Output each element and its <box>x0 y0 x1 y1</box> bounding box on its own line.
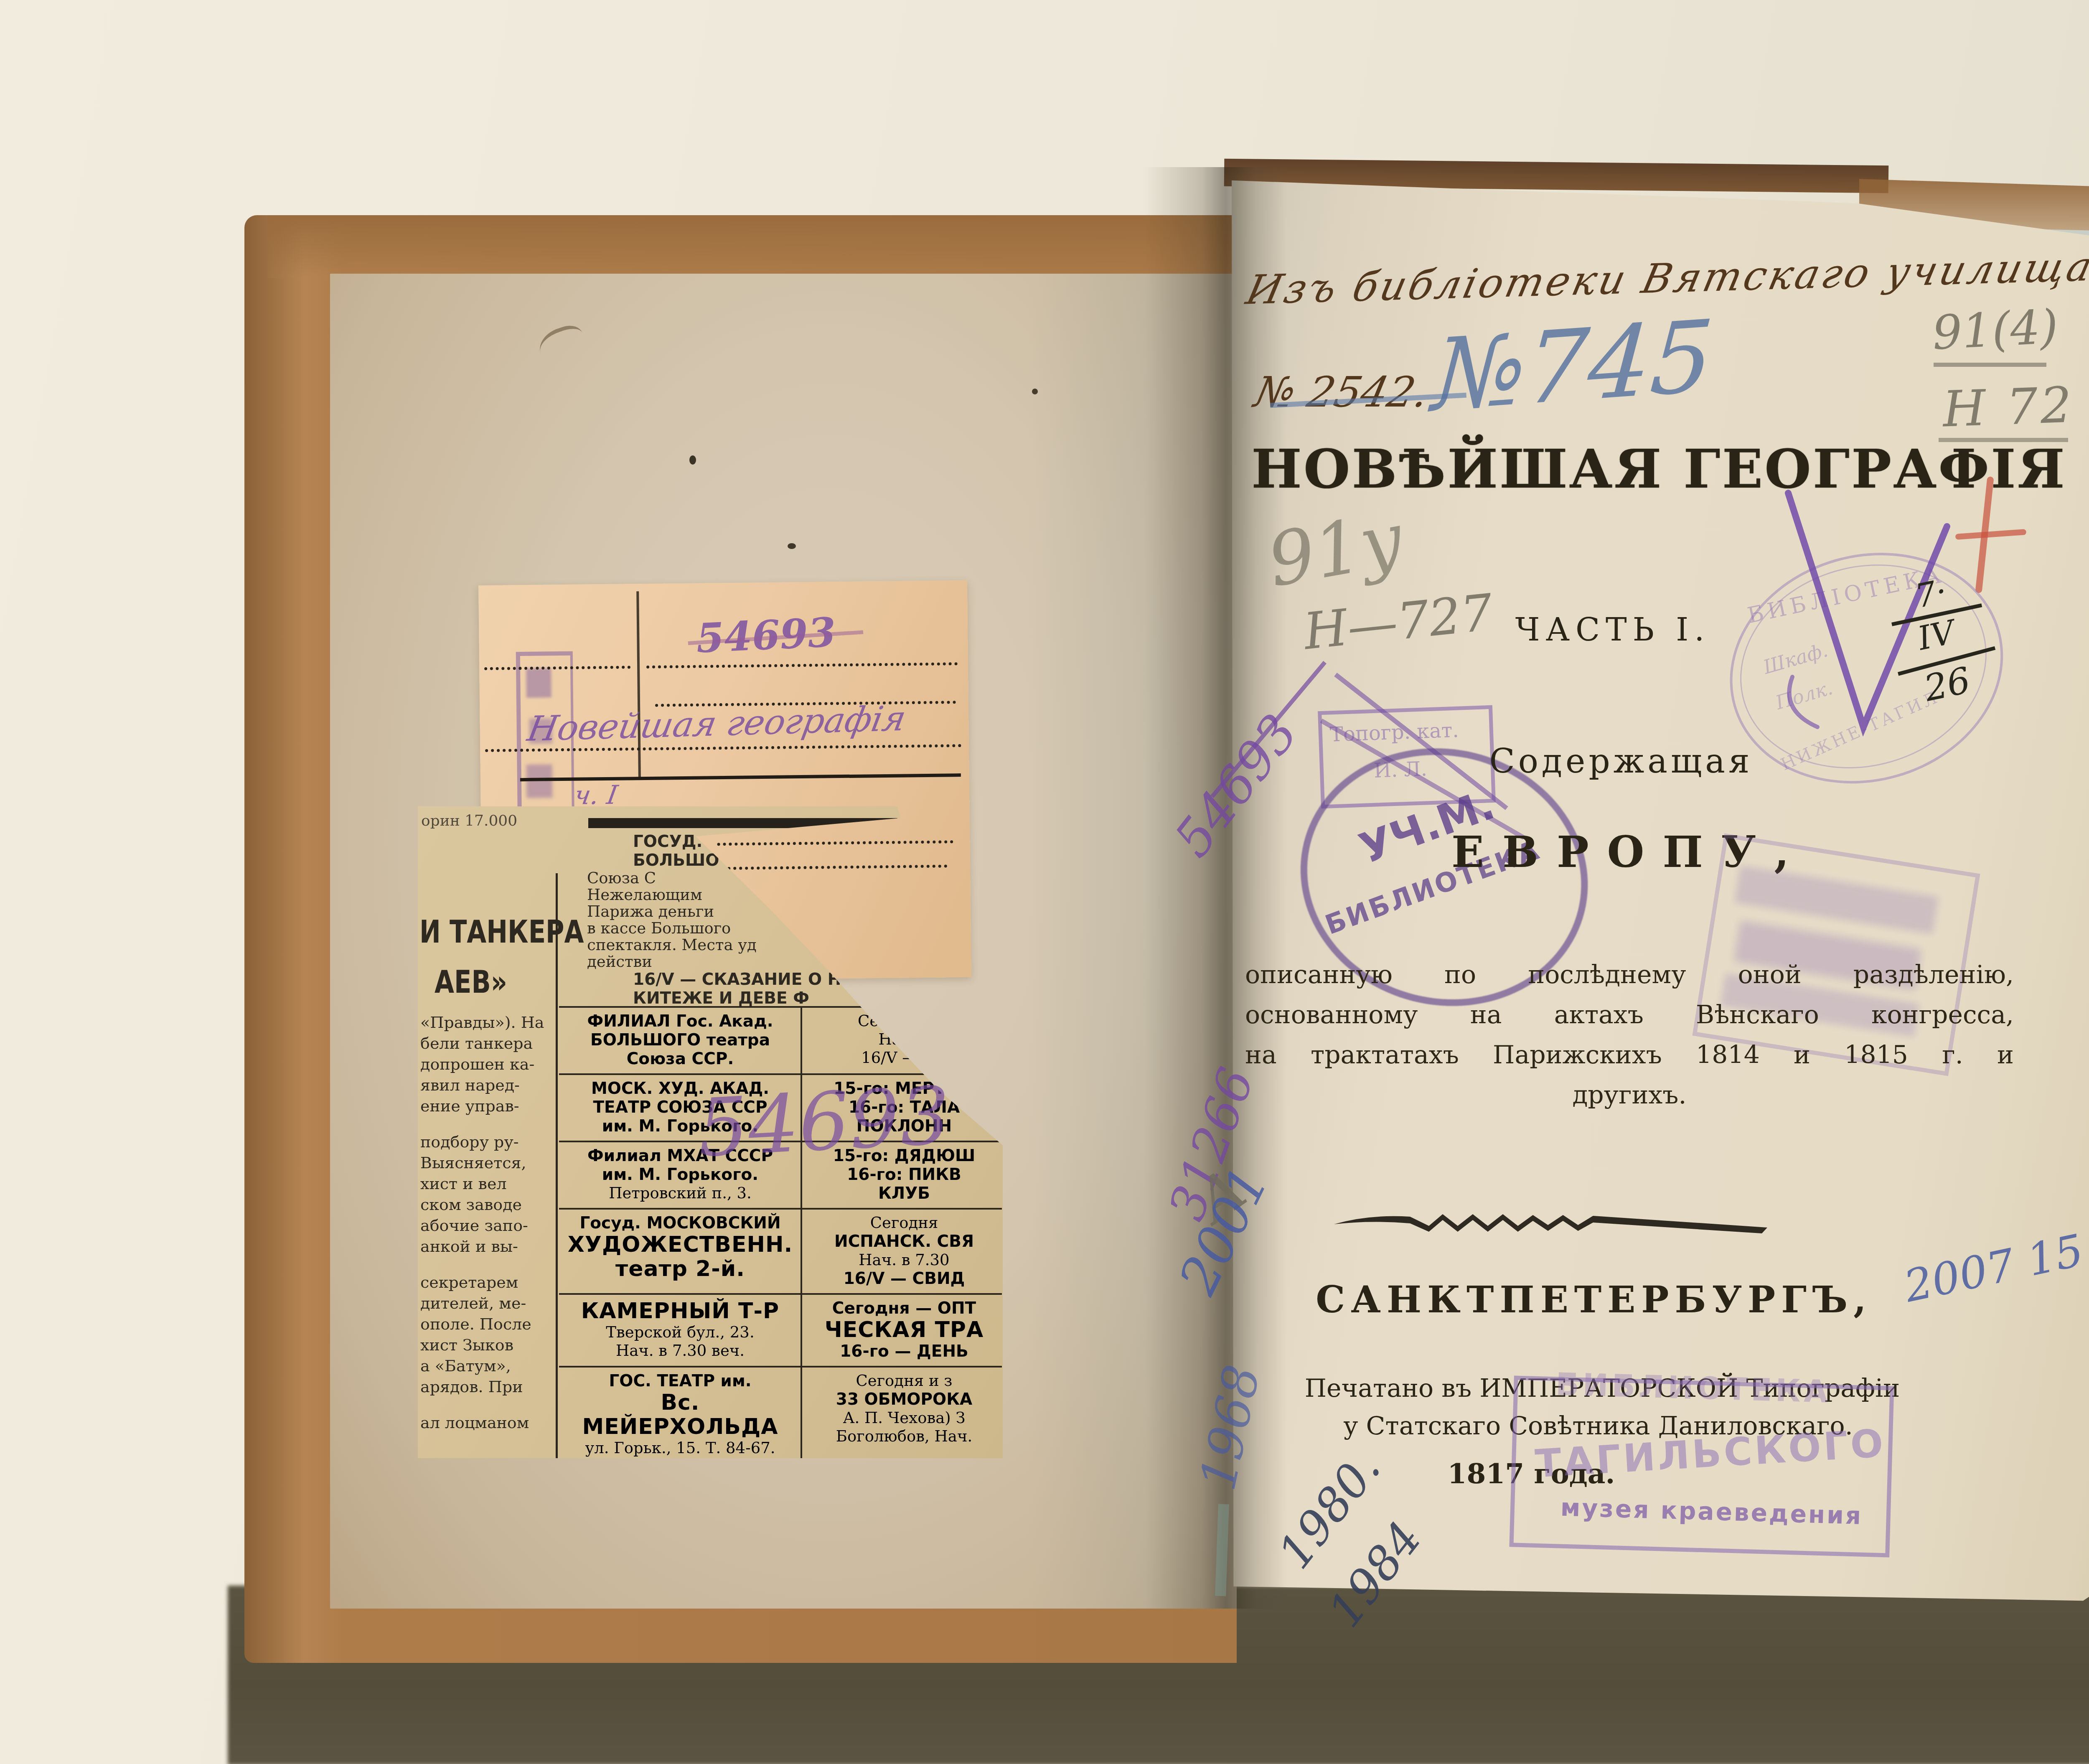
schedule-line: А. П. Чехова) З <box>808 1409 1000 1427</box>
theater-name-line: ул. Горьк., 15. Т. 84-67. <box>563 1439 797 1457</box>
schedule-line: 33 ОБМОРОКА <box>808 1390 1000 1409</box>
slip-dotted-line <box>717 840 953 846</box>
article-line: а «Батум», <box>420 1355 553 1376</box>
clipping-headline-line1: И ТАНКЕРА <box>419 914 584 950</box>
photograph-of-open-book: 54693 Новейшая географія ч. I орин 17.00… <box>0 0 2089 1764</box>
schedule-line: Сегодня и з <box>808 1372 1000 1390</box>
schedule-line: 16-го: ПИКВ <box>808 1165 1000 1184</box>
article-line: хист и вел <box>420 1173 553 1194</box>
left-cover-top-edge <box>267 215 1237 278</box>
clipping-overwritten-number: 54693 <box>696 1069 953 1174</box>
schedule-line: Сегодня — ОПТ <box>808 1299 1000 1318</box>
slip-part-note: ч. I <box>572 780 620 811</box>
paper-speck <box>788 543 796 549</box>
schedule-line: ЧЕСКАЯ ТРА <box>808 1318 1000 1342</box>
clipping-article-column: «Правды»). Набели танкерадопрошен ка-яви… <box>420 1012 553 1455</box>
schedule-line: 16-го — ДЕНЬ <box>808 1342 1000 1361</box>
paper-speck <box>1032 389 1038 394</box>
theater-name-line: ФИЛИАЛ Гос. Акад. <box>563 1012 797 1031</box>
article-line: Выясняется, <box>420 1152 553 1173</box>
theater-name-line: Петровский п., 3. <box>563 1184 797 1202</box>
slip-handwritten-title: Новейшая географія <box>524 699 909 749</box>
paper-speck <box>689 455 696 465</box>
slip-dotted-line <box>722 864 947 870</box>
listing-row: ГОС. ТЕАТР им.Вс. МЕЙЕРХОЛЬДАул. Горьк.,… <box>559 1366 1002 1458</box>
pastedown-gutter-tint <box>1028 274 1237 1609</box>
theater-name-line: Госуд. МОСКОВСКИЙ <box>563 1214 797 1233</box>
theater-name-line: театр 2-й. <box>563 1257 797 1281</box>
theater-name-line: Нач. в 7.30 веч. <box>563 1342 797 1360</box>
theater-name-line: Вс. МЕЙЕРХОЛЬДА <box>563 1390 797 1439</box>
article-line: дителей, ме- <box>420 1293 553 1314</box>
theater-name-line: ХУДОЖЕСТВЕНН. <box>563 1233 797 1257</box>
article-line: ском заводе <box>420 1194 553 1215</box>
article-line: арядов. При <box>420 1376 553 1397</box>
theater-name-line: БОЛЬШОГО театра <box>563 1031 797 1050</box>
theater-name-line: КАМЕРНЫЙ Т-Р <box>563 1299 797 1323</box>
schedule-line: Боголюбов, Нач. <box>808 1427 1000 1446</box>
theater-name-line: Тверской бул., 23. <box>563 1323 797 1342</box>
theater-name-line: ГОС. ТЕАТР им. <box>563 1372 797 1390</box>
article-line: секретарем <box>420 1272 553 1293</box>
article-line: ение управ- <box>420 1096 553 1116</box>
article-line: явил наред- <box>420 1075 553 1096</box>
clipping-fragment-text: орин 17.000 <box>421 812 517 829</box>
article-line: допрошен ка- <box>420 1054 553 1075</box>
article-line: ополе. После <box>420 1314 553 1334</box>
schedule-line: 16/V — СВИД <box>808 1269 1000 1288</box>
article-line: подбору ру- <box>420 1131 553 1152</box>
slip-dotted-line <box>646 662 958 668</box>
article-line: бели танкера <box>420 1033 553 1054</box>
article-line: ал лоцманом <box>420 1412 553 1433</box>
article-line: анкой и вы- <box>420 1236 553 1257</box>
listing-row: Госуд. МОСКОВСКИЙХУДОЖЕСТВЕНН.театр 2-й.… <box>559 1208 1002 1293</box>
schedule-line: Нач. в 7.30 <box>808 1251 1000 1269</box>
schedule-line: КЛУБ <box>808 1184 1000 1203</box>
schedule-line: Сегодня <box>808 1214 1000 1232</box>
article-line: «Правды»). На <box>420 1012 553 1033</box>
clipping-headline-line2: АЕВ» <box>435 964 507 1000</box>
clipping-column-rule-left <box>556 873 558 1458</box>
theater-name-line: Союза ССР. <box>563 1050 797 1068</box>
article-line: абочие запо- <box>420 1215 553 1236</box>
schedule-line: ИСПАНСК. СВЯ <box>808 1232 1000 1251</box>
title-page <box>1232 175 2089 1604</box>
article-line: хист Зыков <box>420 1334 553 1355</box>
listing-row: КАМЕРНЫЙ Т-РТверской бул., 23.Нач. в 7.3… <box>559 1293 1002 1366</box>
